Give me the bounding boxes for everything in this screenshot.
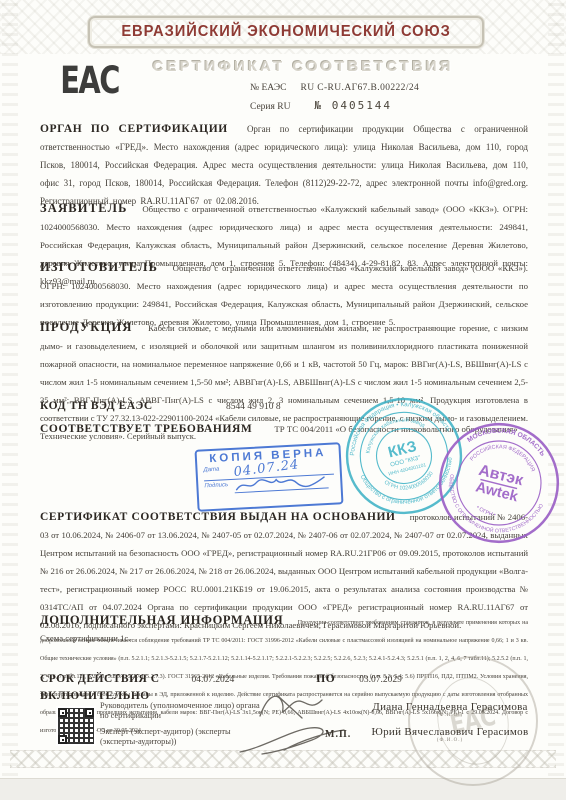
number-value: RU C-RU.АГ67.В.00222/24	[300, 83, 419, 93]
faint-eac-stamp: ЕАС	[408, 656, 538, 786]
series-value: № 0405144	[314, 99, 392, 112]
kkz-inner-bottom-text: ОГРН 1024000568030	[382, 468, 437, 497]
copy-stamp-date-label: Дата	[203, 467, 219, 474]
copy-stamp-signature-icon	[232, 471, 333, 496]
requirements-value: ТР ТС 004/2011 «О безопасности низковоль…	[274, 424, 517, 434]
validity-to-label: ПО	[316, 673, 345, 685]
certificate-title: СЕРТИФИКАТ СООТВЕТСТВИЯ	[108, 58, 498, 75]
tnved-heading: КОД ТН ВЭД ЕАЭС	[40, 400, 222, 412]
union-banner-text: ЕВРАЗИЙСКИЙ ЭКОНОМИЧЕСКИЙ СОЮЗ	[121, 23, 450, 41]
validity-heading: СРОК ДЕЙСТВИЯ С	[40, 673, 170, 685]
awtek-center-line2: Awtek	[474, 479, 520, 505]
qr-code	[58, 708, 94, 744]
kkz-center-sub2: ИНН 4004001101	[388, 462, 427, 477]
guilloche-left-pattern	[2, 0, 18, 776]
head-signatory-label: Руководитель (уполномоченное лицо) орган…	[100, 701, 260, 721]
series-label: Серия RU	[250, 102, 290, 112]
head-signature-icon	[248, 688, 348, 722]
union-banner: ЕВРАЗИЙСКИЙ ЭКОНОМИЧЕСКИЙ СОЮЗ	[88, 16, 484, 48]
head-name-block: Диана Геннадьевна Герасимова (Ф.И.О.)	[352, 701, 548, 718]
expert-signature-icon	[232, 722, 352, 758]
awtek-center-line1: Автэк	[477, 462, 525, 489]
head-fio-caption: (Ф.И.О.)	[352, 713, 548, 718]
section-tnved: КОД ТН ВЭД ЕАЭС 8544 49 910 8	[40, 396, 528, 414]
expert-name-block: Юрий Вячеславович Герасимов (Ф.И.О.)	[352, 726, 548, 743]
faint-eac-stamp-center: ЕАС	[429, 671, 516, 772]
expert-name: Юрий Вячеславович Герасимов	[352, 726, 548, 738]
copy-verified-stamp: КОПИЯ ВЕРНА Дата 04.07.24 Подпись	[194, 442, 343, 512]
manufacturer-heading: ИЗГОТОВИТЕЛЬ	[40, 260, 168, 274]
validity-from: 04.07.2024	[192, 675, 235, 685]
section-requirements: СООТВЕТСТВУЕТ ТРЕБОВАНИЯМ ТР ТС 004/2011…	[40, 419, 528, 437]
section-certification-body: ОРГАН ПО СЕРТИФИКАЦИИ Орган по сертифика…	[40, 119, 528, 209]
validity-to: 03.07.2029	[359, 675, 402, 685]
tnved-value: 8544 49 910 8	[226, 402, 281, 412]
qr-finder-icon	[58, 735, 67, 744]
certificate-series-row: Серия RU№ 0405144	[250, 99, 392, 112]
head-name: Диана Геннадьевна Герасимова	[352, 701, 548, 713]
additional-heading: ДОПОЛНИТЕЛЬНАЯ ИНФОРМАЦИЯ	[40, 613, 293, 627]
certification-body-heading: ОРГАН ПО СЕРТИФИКАЦИИ	[40, 123, 238, 135]
expert-fio-caption: (Ф.И.О.)	[352, 738, 548, 743]
qr-finder-icon	[58, 708, 67, 717]
qr-finder-icon	[85, 708, 94, 717]
product-heading: ПРОДУКЦИЯ	[40, 320, 143, 334]
requirements-heading: СООТВЕТСТВУЕТ ТРЕБОВАНИЯМ	[40, 423, 262, 435]
applicant-heading: ЗАЯВИТЕЛЬ	[40, 201, 138, 215]
copy-stamp-sign-label: Подпись	[204, 482, 228, 489]
certificate-page: { "header": { "union_banner": "ЕВРАЗИЙСК…	[0, 0, 566, 800]
guilloche-right-pattern	[548, 0, 564, 776]
stamp-place-label: М.П.	[325, 729, 351, 740]
certificate-number-row: № ЕАЭСRU C-RU.АГ67.В.00222/24	[250, 83, 419, 93]
basis-heading: СЕРТИФИКАТ СООТВЕТСТВИЯ ВЫДАН НА ОСНОВАН…	[40, 511, 406, 523]
number-label: № ЕАЭС	[250, 83, 286, 93]
certification-body-text: Орган по сертификации продукции Общества…	[40, 124, 528, 206]
svg-text:ОГРН 1024000568030: ОГРН 1024000568030	[382, 468, 437, 497]
kkz-center-sub1: ООО "ККЗ"	[389, 454, 421, 468]
